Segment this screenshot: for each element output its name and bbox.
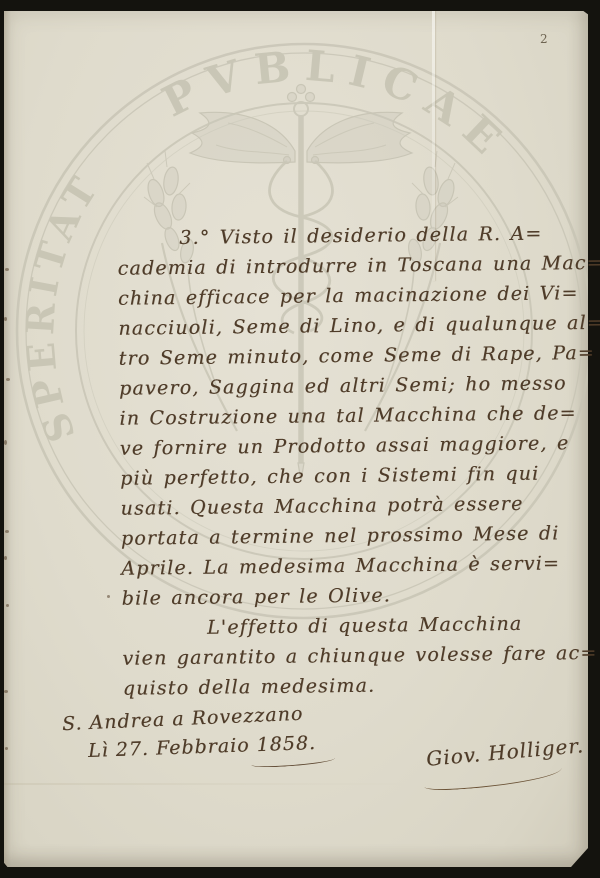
ink-speck xyxy=(6,378,10,381)
ink-speck xyxy=(5,530,9,533)
ink-speck xyxy=(5,747,8,750)
letter-body: 3.° Visto il desiderio della R. A= cadem… xyxy=(117,218,575,703)
ink-speck xyxy=(107,595,110,598)
ink-speck xyxy=(5,268,9,271)
ink-speck xyxy=(4,556,7,560)
seal-motto-left: SPERITATI xyxy=(4,11,109,448)
paper-edge-shadow xyxy=(4,11,11,867)
letter-line: vien garantito a chiunque volesse fare a… xyxy=(122,638,574,674)
letter-line: L'effetto di questa Macchina xyxy=(207,608,574,642)
ink-speck xyxy=(4,690,8,693)
ink-speck xyxy=(6,604,9,607)
ink-speck xyxy=(4,440,7,445)
page-number: 2 xyxy=(540,32,548,46)
letter-line: 3.° Visto il desiderio della R. A= xyxy=(179,218,569,253)
scanned-letter-page: { "page": { "number": "2" }, "watermark_… xyxy=(0,0,600,878)
letter-line: quisto della medesima. xyxy=(123,668,575,704)
letter-line: Aprile. La medesima Macchina è servi= xyxy=(121,548,573,584)
ink-speck xyxy=(4,317,7,321)
